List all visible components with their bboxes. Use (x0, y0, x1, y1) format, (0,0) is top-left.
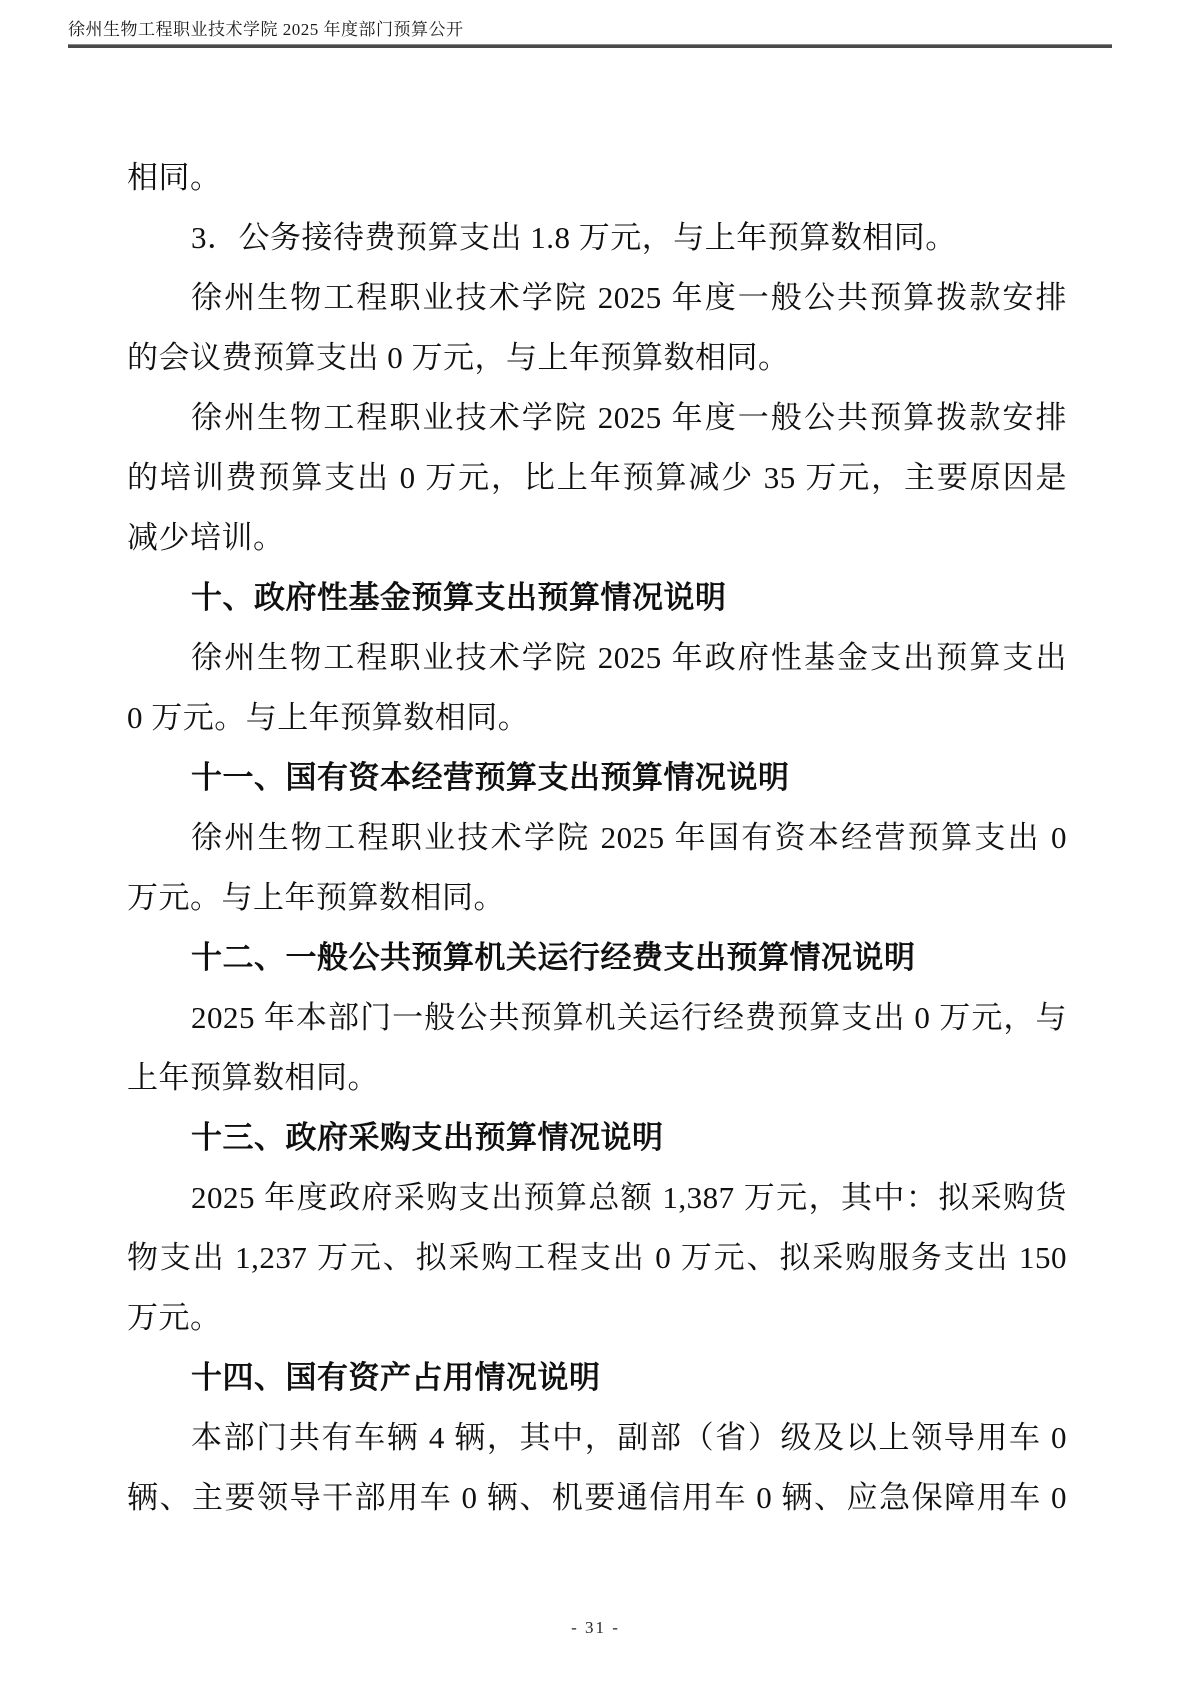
text-line: 徐州生物工程职业技术学院 2025 年度一般公共预算拨款安排 (127, 388, 1067, 448)
text-line: 2025 年度政府采购支出预算总额 1,387 万元，其中：拟采购货 (127, 1168, 1067, 1228)
text-line: 徐州生物工程职业技术学院 2025 年政府性基金支出预算支出 (127, 628, 1067, 688)
text-line: 的培训费预算支出 0 万元，比上年预算减少 35 万元，主要原因是 (127, 448, 1067, 508)
text-line: 徐州生物工程职业技术学院 2025 年国有资本经营预算支出 0 (127, 808, 1067, 868)
section-heading-eleven: 十一、国有资本经营预算支出预算情况说明 (127, 748, 1067, 808)
text-line: 万元。 (127, 1288, 1067, 1348)
text-line: 2025 年本部门一般公共预算机关运行经费预算支出 0 万元，与 (127, 988, 1067, 1048)
page-header: 徐州生物工程职业技术学院 2025 年度部门预算公开 (68, 18, 1112, 42)
text-line: 本部门共有车辆 4 辆，其中，副部（省）级及以上领导用车 0 (127, 1408, 1067, 1468)
document-page: 徐州生物工程职业技术学院 2025 年度部门预算公开 相同。 3．公务接待费预算… (0, 0, 1191, 1684)
section-heading-thirteen: 十三、政府采购支出预算情况说明 (127, 1108, 1067, 1168)
page-footer: - 31 - (0, 1618, 1191, 1638)
section-heading-fourteen: 十四、国有资产占用情况说明 (127, 1348, 1067, 1408)
text-line: 辆、主要领导干部用车 0 辆、机要通信用车 0 辆、应急保障用车 0 (127, 1468, 1067, 1528)
text-line: 的会议费预算支出 0 万元，与上年预算数相同。 (127, 328, 1067, 388)
text-line: 相同。 (127, 148, 1067, 208)
header-title: 徐州生物工程职业技术学院 2025 年度部门预算公开 (68, 18, 1112, 42)
page-number: - 31 - (571, 1618, 620, 1637)
text-line: 物支出 1,237 万元、拟采购工程支出 0 万元、拟采购服务支出 150 (127, 1228, 1067, 1288)
section-heading-twelve: 十二、一般公共预算机关运行经费支出预算情况说明 (127, 928, 1067, 988)
text-line: 徐州生物工程职业技术学院 2025 年度一般公共预算拨款安排 (127, 268, 1067, 328)
text-line: 减少培训。 (127, 508, 1067, 568)
text-line: 0 万元。与上年预算数相同。 (127, 688, 1067, 748)
text-line: 上年预算数相同。 (127, 1048, 1067, 1108)
text-line: 万元。与上年预算数相同。 (127, 868, 1067, 928)
text-line: 3．公务接待费预算支出 1.8 万元，与上年预算数相同。 (127, 208, 1067, 268)
document-body: 相同。 3．公务接待费预算支出 1.8 万元，与上年预算数相同。 徐州生物工程职… (127, 148, 1067, 1528)
section-heading-ten: 十、政府性基金预算支出预算情况说明 (127, 568, 1067, 628)
header-rule (68, 44, 1112, 48)
